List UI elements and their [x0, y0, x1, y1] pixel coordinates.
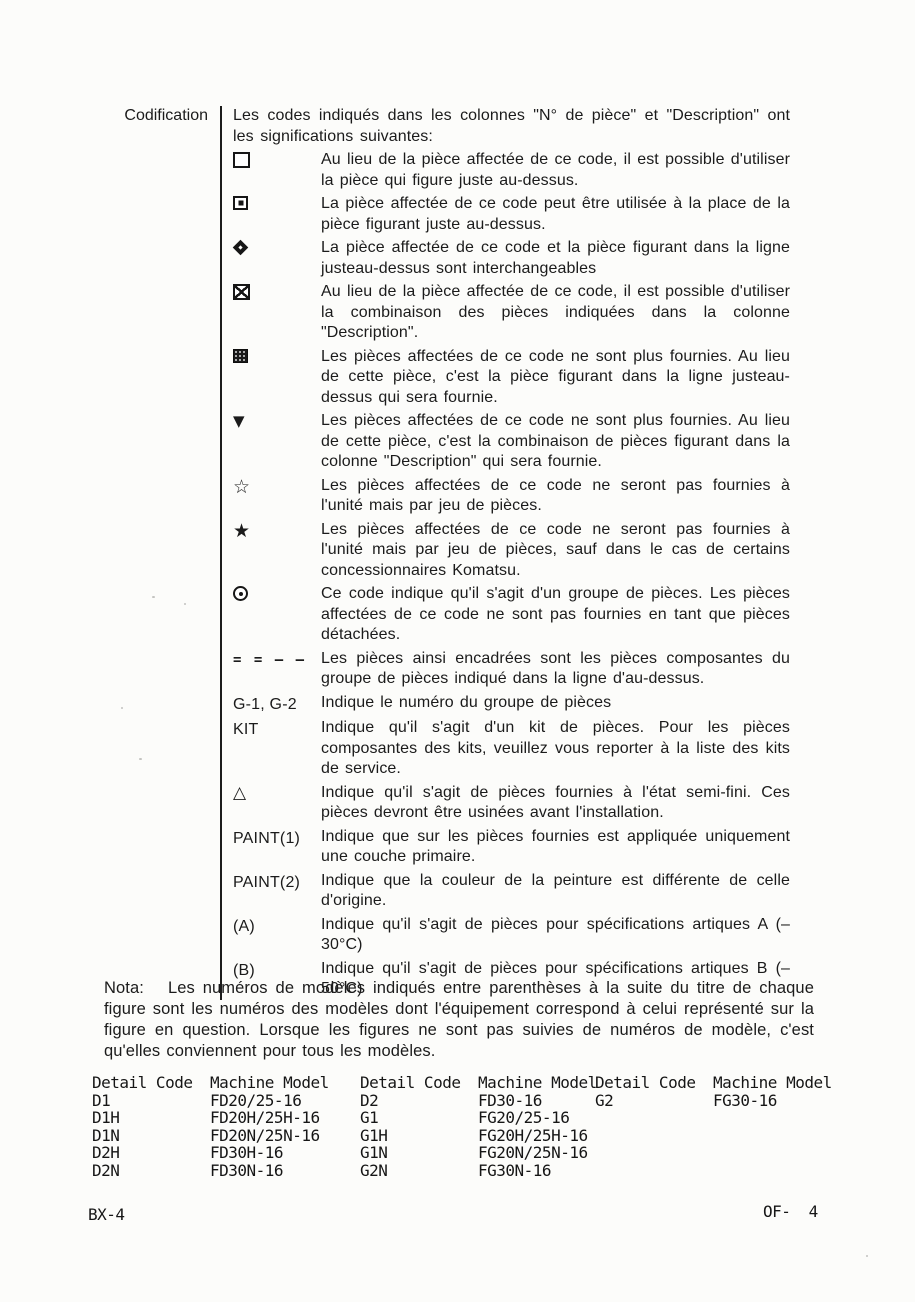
table-row: G1NFG20N/25N-16 [360, 1144, 597, 1162]
code-legend-item: ★ Les pièces affectées de ce code ne ser… [233, 520, 790, 582]
code-legend-item: Au lieu de la pièce affectée de ce code,… [233, 282, 790, 344]
detail-code-cell: G2N [360, 1162, 478, 1180]
code-description: Les pièces affectées de ce code ne sont … [321, 411, 790, 473]
detail-code-cell: G2 [595, 1092, 713, 1110]
codification-section: Codification Les codes indiqués dans les… [100, 106, 790, 1000]
code-symbol-cell [233, 282, 321, 344]
nota-text: Les numéros de modèles indiqués entre pa… [104, 979, 814, 1060]
code-description: Ce code indique qu'il s'agit d'un groupe… [321, 584, 790, 646]
detail-code-cell: D1 [92, 1092, 210, 1110]
code-description: Au lieu de la pièce affectée de ce code,… [321, 150, 790, 191]
filled-star-icon: ★ [233, 522, 250, 541]
detail-code-cell: G1N [360, 1144, 478, 1162]
code-symbol-cell: △ [233, 783, 321, 824]
code-legend-item: La pièce affectée de ce code peut être u… [233, 194, 790, 235]
filled-diamond-icon [233, 240, 249, 256]
filled-square-icon [233, 349, 248, 363]
machine-model-cell: FG20N/25N-16 [478, 1143, 588, 1162]
dashed-line-icon: = = – – [233, 653, 306, 667]
machine-model-cell: FD30H-16 [210, 1143, 283, 1162]
model-table: Detail CodeMachine Model D1FD20/25-16 D1… [92, 1074, 882, 1184]
machine-model-cell: FD30-16 [478, 1091, 542, 1110]
code-symbol-cell: PAINT(2) [233, 871, 321, 912]
scan-speck [152, 596, 155, 598]
code-legend-item: Ce code indique qu'il s'agit d'un groupe… [233, 584, 790, 646]
code-description: Au lieu de la pièce affectée de ce code,… [321, 282, 790, 344]
machine-model-cell: FG20/25-16 [478, 1108, 569, 1127]
code-symbol-cell: KIT [233, 718, 321, 780]
detail-code-cell: D2 [360, 1092, 478, 1110]
scan-speck [139, 758, 142, 760]
detail-code-cell: D2H [92, 1144, 210, 1162]
paint2-label: PAINT(2) [233, 874, 300, 891]
detail-code-cell: D1H [92, 1109, 210, 1127]
code-symbol-cell [233, 150, 321, 191]
table-header-row: Detail CodeMachine Model [92, 1074, 329, 1092]
detail-code-cell: G1 [360, 1109, 478, 1127]
arctic-a-label: (A) [233, 918, 255, 935]
detail-code-header: Detail Code [595, 1074, 713, 1092]
code-symbol-cell: (A) [233, 915, 321, 956]
page-number-right: OF- 4 [763, 1202, 818, 1221]
code-legend-item: PAINT(1) Indique que sur les pièces four… [233, 827, 790, 868]
detail-code-header: Detail Code [92, 1074, 210, 1092]
open-triangle-icon: △ [233, 785, 246, 802]
code-symbol-cell: PAINT(1) [233, 827, 321, 868]
code-description: Les pièces affectées de ce code ne sont … [321, 347, 790, 409]
machine-model-header: Machine Model [713, 1073, 832, 1092]
nota-paragraph: Nota:Les numéros de modèles indiqués ent… [104, 978, 814, 1062]
table-row: D1HFD20H/25H-16 [92, 1109, 329, 1127]
code-description: La pièce affectée de ce code et la pièce… [321, 238, 790, 279]
table-row: D2HFD30H-16 [92, 1144, 329, 1162]
group-number-label: G-1, G-2 [233, 696, 297, 713]
code-symbol-cell: ★ [233, 520, 321, 582]
model-table-group: Detail CodeMachine Model D1FD20/25-16 D1… [92, 1074, 329, 1179]
table-row: G2NFG30N-16 [360, 1162, 597, 1180]
table-row: D1NFD20N/25N-16 [92, 1127, 329, 1145]
code-legend-item: △ Indique qu'il s'agit de pièces fournie… [233, 783, 790, 824]
model-table-group: Detail CodeMachine Model G2FG30-16 [595, 1074, 832, 1109]
filled-triangle-down-icon: ▼ [233, 414, 245, 429]
model-table-group: Detail CodeMachine Model D2FD30-16 G1FG2… [360, 1074, 597, 1179]
kit-label: KIT [233, 721, 259, 738]
code-symbol-cell [233, 238, 321, 279]
code-legend-item: ☆ Les pièces affectées de ce code ne ser… [233, 476, 790, 517]
table-row: D2NFD30N-16 [92, 1162, 329, 1180]
nota-label: Nota: [104, 979, 144, 997]
code-description: Indique qu'il s'agit de pièces pour spéc… [321, 915, 790, 956]
circle-dot-icon [233, 586, 248, 601]
code-description: Les pièces affectées de ce code ne seron… [321, 520, 790, 582]
machine-model-cell: FG30-16 [713, 1091, 777, 1110]
code-symbol-cell: ☆ [233, 476, 321, 517]
code-description: Les pièces affectées de ce code ne seron… [321, 476, 790, 517]
code-legend-item: G-1, G-2 Indique le numéro du groupe de … [233, 693, 790, 716]
machine-model-cell: FD20N/25N-16 [210, 1126, 320, 1145]
code-description: Indique que sur les pièces fournies est … [321, 827, 790, 868]
code-legend-item: Les pièces affectées de ce code ne sont … [233, 347, 790, 409]
arctic-b-label: (B) [233, 962, 255, 979]
code-legend-item: ▼ Les pièces affectées de ce code ne son… [233, 411, 790, 473]
codification-label: Codification [100, 106, 220, 1000]
square-x-icon [233, 284, 250, 300]
code-description: Les pièces ainsi encadrées sont les pièc… [321, 649, 790, 690]
table-row: G1FG20/25-16 [360, 1109, 597, 1127]
machine-model-cell: FD20/25-16 [210, 1091, 301, 1110]
scan-speck [866, 1255, 868, 1257]
square-dot-icon [233, 196, 248, 210]
code-symbol-cell: G-1, G-2 [233, 693, 321, 716]
detail-code-cell: D2N [92, 1162, 210, 1180]
code-legend-item: La pièce affectée de ce code et la pièce… [233, 238, 790, 279]
code-legend-item: (A) Indique qu'il s'agit de pièces pour … [233, 915, 790, 956]
machine-model-cell: FG30N-16 [478, 1161, 551, 1180]
code-symbol-cell [233, 194, 321, 235]
table-row: G2FG30-16 [595, 1092, 832, 1110]
scan-speck [184, 603, 186, 605]
machine-model-cell: FG20H/25H-16 [478, 1126, 588, 1145]
table-header-row: Detail CodeMachine Model [360, 1074, 597, 1092]
code-legend-item: PAINT(2) Indique que la couleur de la pe… [233, 871, 790, 912]
code-symbol-cell [233, 584, 321, 646]
table-row: G1HFG20H/25H-16 [360, 1127, 597, 1145]
code-legend-item: Au lieu de la pièce affectée de ce code,… [233, 150, 790, 191]
machine-model-cell: FD20H/25H-16 [210, 1108, 320, 1127]
codification-body: Les codes indiqués dans les colonnes "N°… [220, 106, 790, 1000]
open-square-icon [233, 152, 250, 168]
detail-code-cell: G1H [360, 1127, 478, 1145]
table-header-row: Detail CodeMachine Model [595, 1074, 832, 1092]
paint1-label: PAINT(1) [233, 830, 300, 847]
page-code-left: BX-4 [88, 1205, 125, 1224]
open-star-icon: ☆ [233, 478, 250, 497]
code-legend-list: Au lieu de la pièce affectée de ce code,… [233, 150, 790, 1000]
document-page: Codification Les codes indiqués dans les… [0, 0, 915, 1302]
code-legend-item: = = – – Les pièces ainsi encadrées sont … [233, 649, 790, 690]
code-description: Indique le numéro du groupe de pièces [321, 693, 790, 716]
code-description: Indique que la couleur de la peinture es… [321, 871, 790, 912]
code-symbol-cell: ▼ [233, 411, 321, 473]
code-description: Indique qu'il s'agit d'un kit de pièces.… [321, 718, 790, 780]
detail-code-header: Detail Code [360, 1074, 478, 1092]
code-legend-item: KIT Indique qu'il s'agit d'un kit de piè… [233, 718, 790, 780]
code-symbol-cell [233, 347, 321, 409]
table-row: D1FD20/25-16 [92, 1092, 329, 1110]
table-row: D2FD30-16 [360, 1092, 597, 1110]
machine-model-header: Machine Model [210, 1073, 329, 1092]
detail-code-cell: D1N [92, 1127, 210, 1145]
machine-model-header: Machine Model [478, 1073, 597, 1092]
code-description: Indique qu'il s'agit de pièces fournies … [321, 783, 790, 824]
scan-speck [121, 707, 123, 709]
code-symbol-cell: = = – – [233, 649, 321, 690]
machine-model-cell: FD30N-16 [210, 1161, 283, 1180]
codification-intro: Les codes indiqués dans les colonnes "N°… [233, 106, 790, 147]
code-description: La pièce affectée de ce code peut être u… [321, 194, 790, 235]
